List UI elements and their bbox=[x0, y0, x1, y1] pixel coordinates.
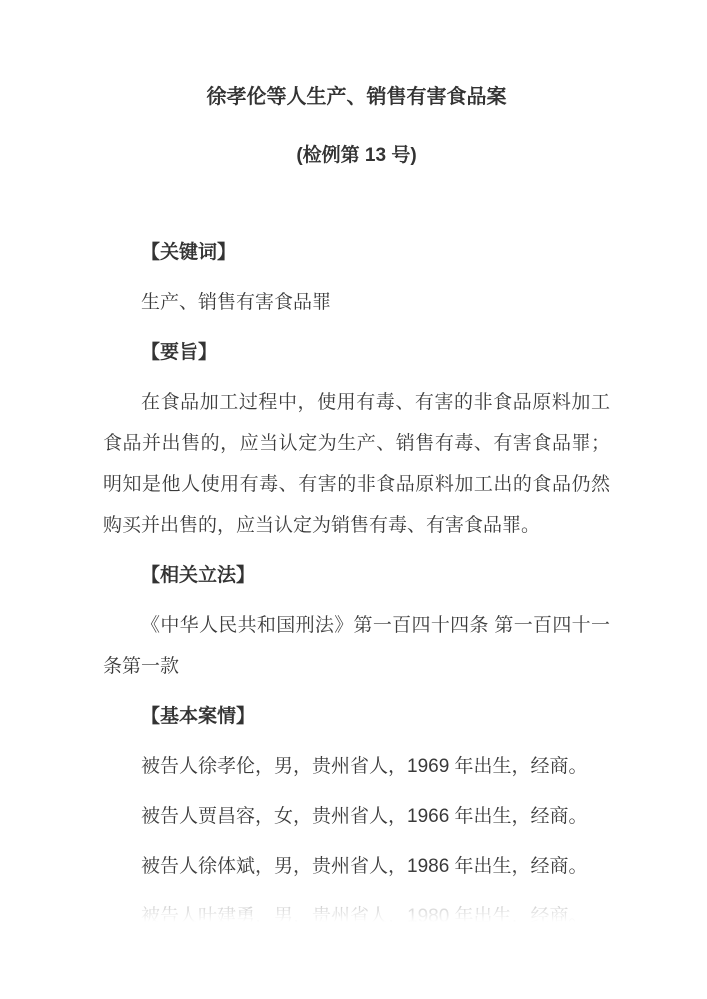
section-heading-related-legislation: 【相关立法】 bbox=[103, 555, 610, 596]
paragraph-gist: 在食品加工过程中，使用有毒、有害的非食品原料加工食品并出售的，应当认定为生产、销… bbox=[103, 382, 610, 546]
document-page: 徐孝伦等人生产、销售有害食品案 (检例第 13 号) 【关键词】 生产、销售有害… bbox=[0, 0, 707, 999]
section-heading-basic-facts: 【基本案情】 bbox=[103, 696, 610, 737]
paragraph-related-legislation: 《中华人民共和国刑法》第一百四十四条 第一百四十一条第一款 bbox=[103, 605, 610, 687]
paragraph-defendant-1: 被告人徐孝伦，男，贵州省人，1969 年出生，经商。 bbox=[103, 746, 610, 787]
document-title: 徐孝伦等人生产、销售有害食品案 bbox=[103, 84, 610, 110]
section-heading-keywords: 【关键词】 bbox=[103, 232, 610, 273]
section-heading-gist: 【要旨】 bbox=[103, 332, 610, 373]
document-body: 【关键词】 生产、销售有害食品罪 【要旨】 在食品加工过程中，使用有毒、有害的非… bbox=[103, 232, 610, 937]
paragraph-defendant-2: 被告人贾昌容，女，贵州省人，1966 年出生，经商。 bbox=[103, 796, 610, 837]
paragraph-keywords: 生产、销售有害食品罪 bbox=[103, 282, 610, 323]
document-subtitle: (检例第 13 号) bbox=[103, 143, 610, 169]
paragraph-defendant-4: 被告人叶建勇，男，贵州省人，1980 年出生，经商。 bbox=[103, 896, 610, 937]
paragraph-defendant-3: 被告人徐体斌，男，贵州省人，1986 年出生，经商。 bbox=[103, 846, 610, 887]
